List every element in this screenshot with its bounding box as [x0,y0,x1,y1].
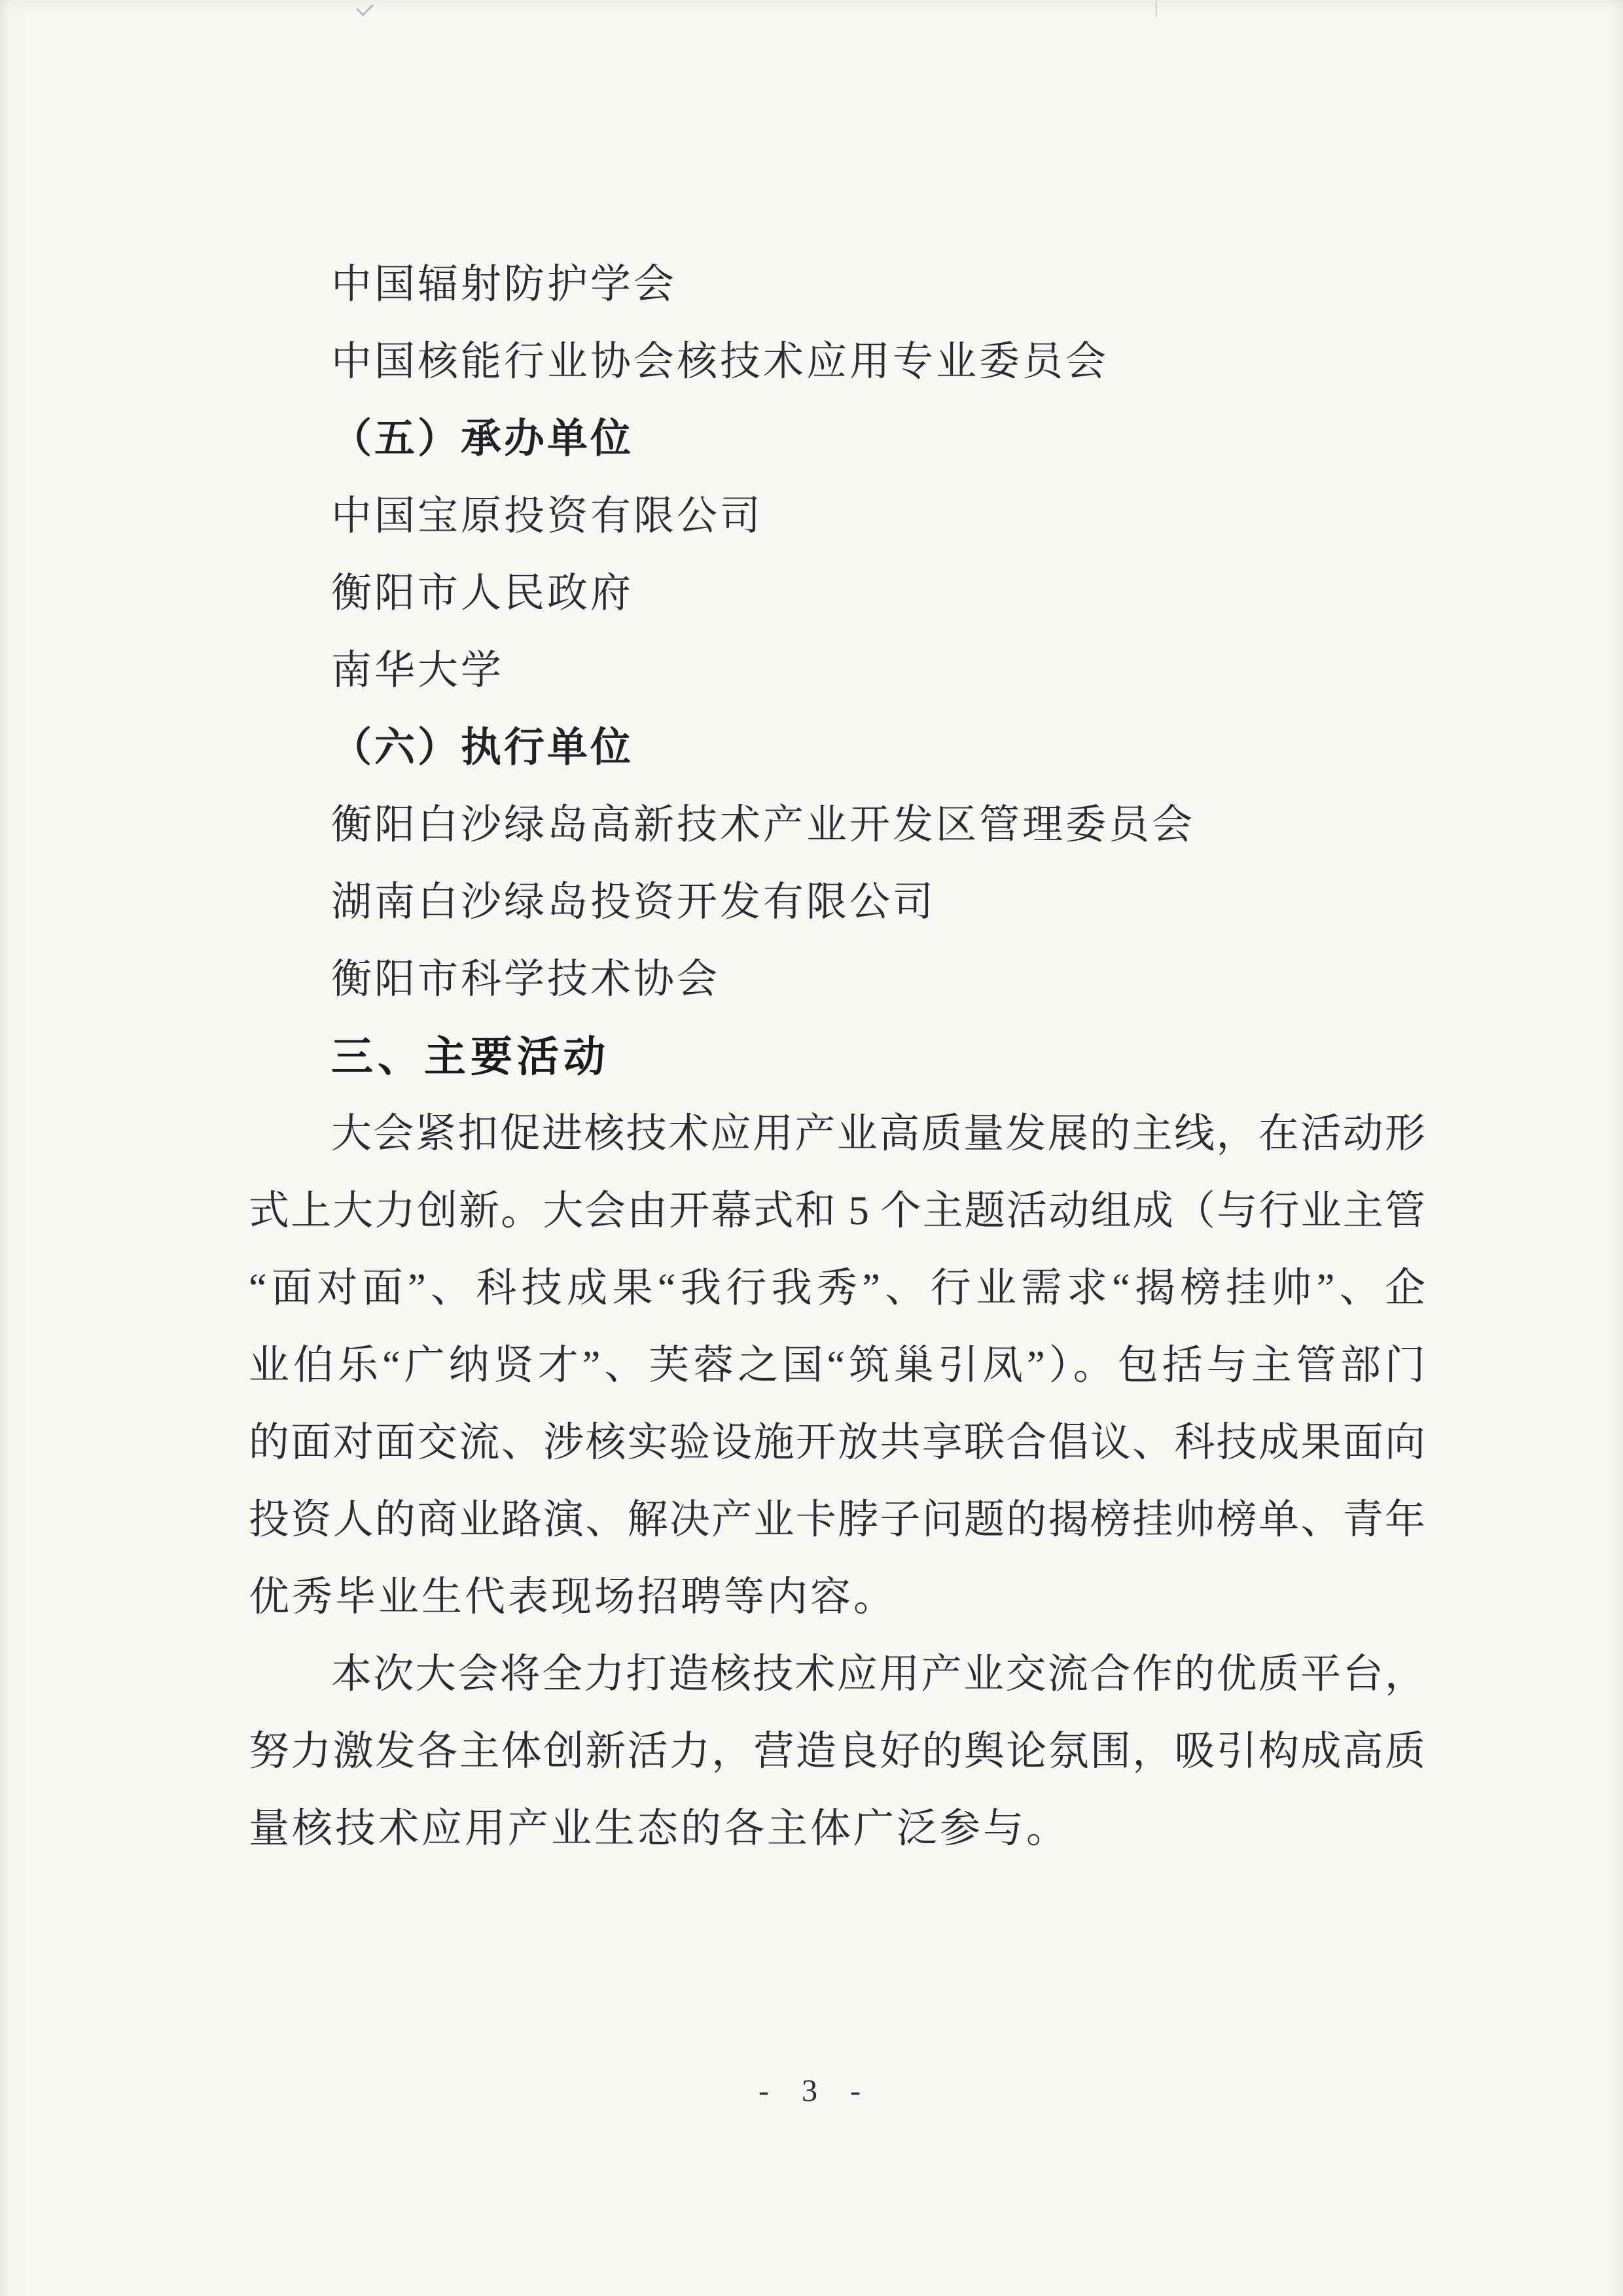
paragraph-line: 本次大会将全力打造核技术应用产业交流合作的优质平台， [249,1636,1425,1713]
org-line: 中国核能行业协会核技术应用专业委员会 [249,323,1425,400]
document-body: 中国辐射防护学会 中国核能行业协会核技术应用专业委员会 （五）承办单位 中国宝原… [249,246,1425,1867]
paragraph-line: 投资人的商业路演、解决产业卡脖子问题的揭榜挂帅榜单、青年 [249,1481,1425,1559]
org-line: 南华大学 [249,632,1425,709]
paragraph-line: 优秀毕业生代表现场招聘等内容。 [249,1559,1425,1636]
section-5-heading: （五）承办单位 [249,400,1425,478]
paragraph-line: 式上大力创新。大会由开幕式和 5 个主题活动组成（与行业主管 [249,1173,1425,1250]
paragraph-line: 大会紧扣促进核技术应用产业高质量发展的主线，在活动形 [249,1095,1425,1173]
org-line: 中国辐射防护学会 [249,246,1425,323]
org-line: 衡阳市人民政府 [249,555,1425,632]
page-number: - 3 - [0,2073,1623,2109]
section-3-heading: 三、主要活动 [249,1018,1425,1095]
org-line: 衡阳市科学技术协会 [249,941,1425,1018]
paragraph-line: 努力激发各主体创新活力，营造良好的舆论氛围，吸引构成高质 [249,1713,1425,1790]
org-line: 湖南白沙绿岛投资开发有限公司 [249,864,1425,941]
scan-checkmark-artifact [356,0,374,16]
paragraph-line: 量核技术应用产业生态的各主体广泛参与。 [249,1790,1425,1867]
paragraph-line: 业伯乐“广纳贤才”、芙蓉之国“筑巢引凤”）。包括与主管部门 [249,1327,1425,1404]
paragraph-line: 的面对面交流、涉核实验设施开放共享联合倡议、科技成果面向 [249,1404,1425,1481]
document-page: 中国辐射防护学会 中国核能行业协会核技术应用专业委员会 （五）承办单位 中国宝原… [0,0,1623,2296]
org-line: 衡阳白沙绿岛高新技术产业开发区管理委员会 [249,786,1425,864]
org-line: 中国宝原投资有限公司 [249,478,1425,555]
section-6-heading: （六）执行单位 [249,709,1425,786]
scan-line-artifact [1156,0,1157,17]
paragraph-line: “面对面”、科技成果“我行我秀”、行业需求“揭榜挂帅”、企 [249,1250,1425,1327]
